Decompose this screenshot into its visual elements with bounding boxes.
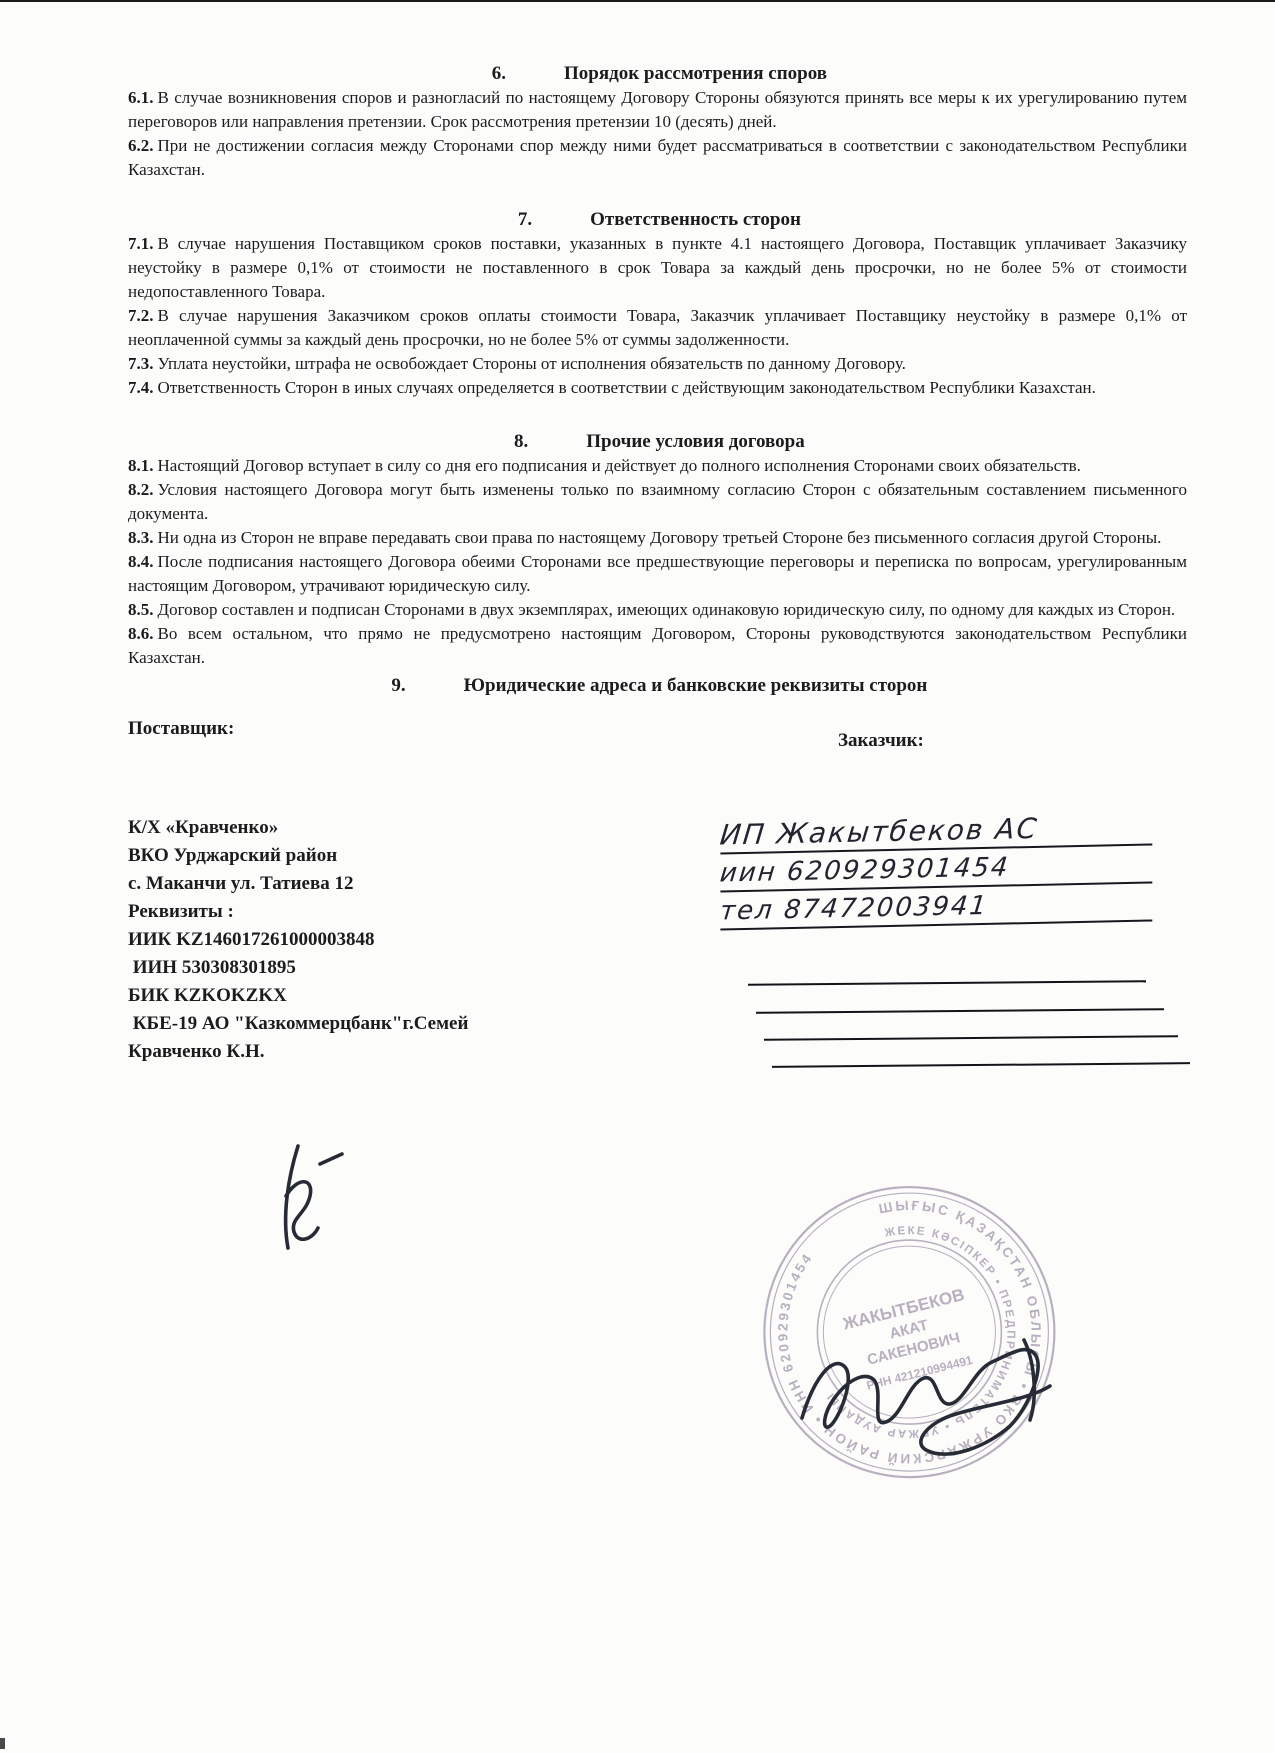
supplier-iik: ИИК KZ146017261000003848	[128, 926, 700, 954]
clause-7-4: 7.4.Ответственность Сторон в иных случая…	[128, 376, 1187, 400]
scan-edge-artifact	[0, 1738, 5, 1749]
supplier-requisites: К/Х «Кравченко» ВКО Урджарский район с. …	[128, 814, 700, 1066]
clause-number: 6.2.	[128, 136, 154, 155]
clause-7-1: 7.1.В случае нарушения Поставщиком сроко…	[128, 232, 1187, 304]
customer-iin-handwritten: иин 620929301454	[720, 847, 1153, 892]
clause-text: В случае возникновения споров и разногла…	[128, 88, 1187, 131]
clause-8-6: 8.6.Во всем остальном, что прямо не пред…	[128, 622, 1187, 670]
clause-8-4: 8.4.После подписания настоящего Договора…	[128, 550, 1187, 598]
clause-text: После подписания настоящего Договора обе…	[128, 552, 1187, 595]
section-number: 8.	[510, 430, 528, 454]
party-labels-row: Поставщик: Заказчик:	[128, 718, 1187, 752]
section-7-heading: 7. Ответственность сторон	[128, 208, 1187, 232]
section-number: 6.	[488, 62, 506, 86]
section-title: Порядок рассмотрения споров	[564, 62, 827, 86]
clause-8-2: 8.2.Условия настоящего Договора могут бы…	[128, 478, 1187, 526]
clause-number: 7.2.	[128, 306, 154, 325]
clause-text: Уплата неустойки, штрафа не освобождает …	[158, 354, 906, 373]
clause-text: Ни одна из Сторон не вправе передавать с…	[158, 528, 1162, 547]
clause-text: В случае нарушения Заказчиком сроков опл…	[128, 306, 1187, 349]
scanned-contract-page: ШЫҒЫС ҚАЗАҚСТАН ОБЛЫСЫ • ВКО УРЖАРСКИЙ Р…	[0, 0, 1275, 1753]
clause-number: 7.3.	[128, 354, 154, 373]
clause-text: Настоящий Договор вступает в силу со дня…	[158, 456, 1081, 475]
requisites-row: К/Х «Кравченко» ВКО Урджарский район с. …	[128, 814, 1187, 1066]
blank-signature-line	[756, 1008, 1164, 1014]
clause-number: 6.1.	[128, 88, 154, 107]
customer-name-handwritten: ИП Жакытбеков АС	[720, 809, 1153, 854]
clause-number: 8.5.	[128, 600, 154, 619]
clause-text: Во всем остальном, что прямо не предусмо…	[128, 624, 1187, 667]
clause-text: При не достижении согласия между Сторона…	[128, 136, 1187, 179]
document-body: 6. Порядок рассмотрения споров 6.1.В слу…	[0, 0, 1275, 1066]
supplier-bik: БИК KZKOKZKX	[128, 982, 700, 1010]
section-number: 7.	[514, 208, 532, 232]
supplier-address: с. Маканчи ул. Татиева 12	[128, 870, 700, 898]
section-9-heading: 9. Юридические адреса и банковские рекви…	[128, 674, 1187, 698]
clause-text: Ответственность Сторон в иных случаях оп…	[158, 378, 1096, 397]
customer-signature-strokes	[788, 1322, 1088, 1492]
clause-8-3: 8.3.Ни одна из Сторон не вправе передава…	[128, 526, 1187, 550]
clause-text: В случае нарушения Поставщиком сроков по…	[128, 234, 1187, 301]
clause-number: 7.1.	[128, 234, 154, 253]
supplier-signature	[262, 1138, 352, 1263]
customer-signature	[788, 1322, 1088, 1497]
blank-signature-line	[764, 1035, 1178, 1041]
section-title: Юридические адреса и банковские реквизит…	[464, 674, 928, 698]
clause-text: Условия настоящего Договора могут быть и…	[128, 480, 1187, 523]
customer-phone-handwritten: тел 87472003941	[720, 885, 1153, 930]
clause-6-1: 6.1.В случае возникновения споров и разн…	[128, 86, 1187, 134]
blank-signature-line	[772, 1062, 1190, 1068]
supplier-region: ВКО Урджарский район	[128, 842, 700, 870]
clause-7-3: 7.3.Уплата неустойки, штрафа не освобожд…	[128, 352, 1187, 376]
clause-number: 8.4.	[128, 552, 154, 571]
clause-text: Договор составлен и подписан Сторонами в…	[158, 600, 1176, 619]
clause-number: 7.4.	[128, 378, 154, 397]
customer-requisites: ИП Жакытбеков АС иин 620929301454 тел 87…	[700, 814, 1190, 1066]
section-number: 9.	[388, 674, 406, 698]
clause-6-2: 6.2.При не достижении согласия между Сто…	[128, 134, 1187, 182]
clause-8-5: 8.5.Договор составлен и подписан Сторона…	[128, 598, 1187, 622]
supplier-signatory: Кравченко К.Н.	[128, 1038, 700, 1066]
blank-signature-line	[748, 980, 1146, 985]
supplier-kbe-bank: КБЕ-19 АО "Казкоммерцбанк"г.Семей	[128, 1010, 700, 1038]
section-title: Ответственность сторон	[590, 208, 801, 232]
clause-number: 8.6.	[128, 624, 154, 643]
clause-8-1: 8.1.Настоящий Договор вступает в силу со…	[128, 454, 1187, 478]
customer-label: Заказчик:	[688, 718, 1187, 752]
clause-7-2: 7.2.В случае нарушения Заказчиком сроков…	[128, 304, 1187, 352]
supplier-requisites-label: Реквизиты :	[128, 898, 700, 926]
clause-number: 8.1.	[128, 456, 154, 475]
supplier-label: Поставщик:	[128, 718, 688, 752]
section-8-heading: 8. Прочие условия договора	[128, 430, 1187, 454]
supplier-signature-strokes	[262, 1138, 352, 1258]
clause-number: 8.2.	[128, 480, 154, 499]
section-6-heading: 6. Порядок рассмотрения споров	[128, 62, 1187, 86]
section-title: Прочие условия договора	[586, 430, 804, 454]
clause-number: 8.3.	[128, 528, 154, 547]
supplier-name: К/Х «Кравченко»	[128, 814, 700, 842]
supplier-iin: ИИН 530308301895	[128, 954, 700, 982]
